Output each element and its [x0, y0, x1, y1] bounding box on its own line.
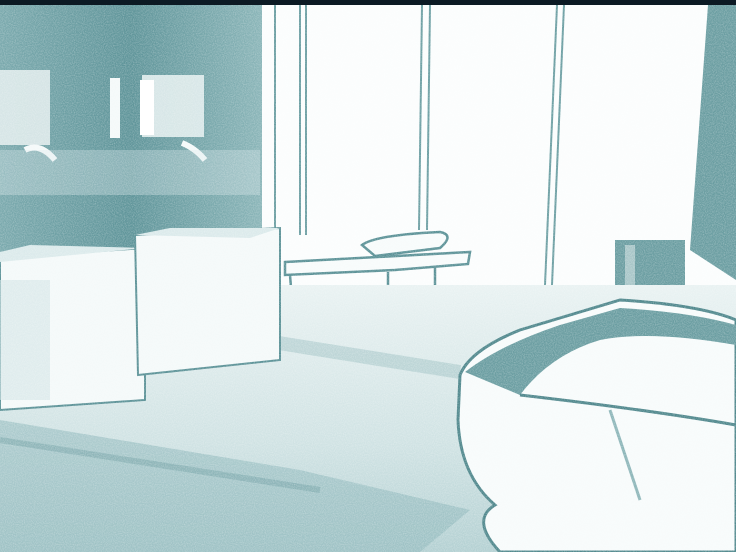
top-strip [0, 0, 736, 5]
photo-illustration [0, 0, 736, 552]
bathroom-photo [0, 0, 736, 552]
